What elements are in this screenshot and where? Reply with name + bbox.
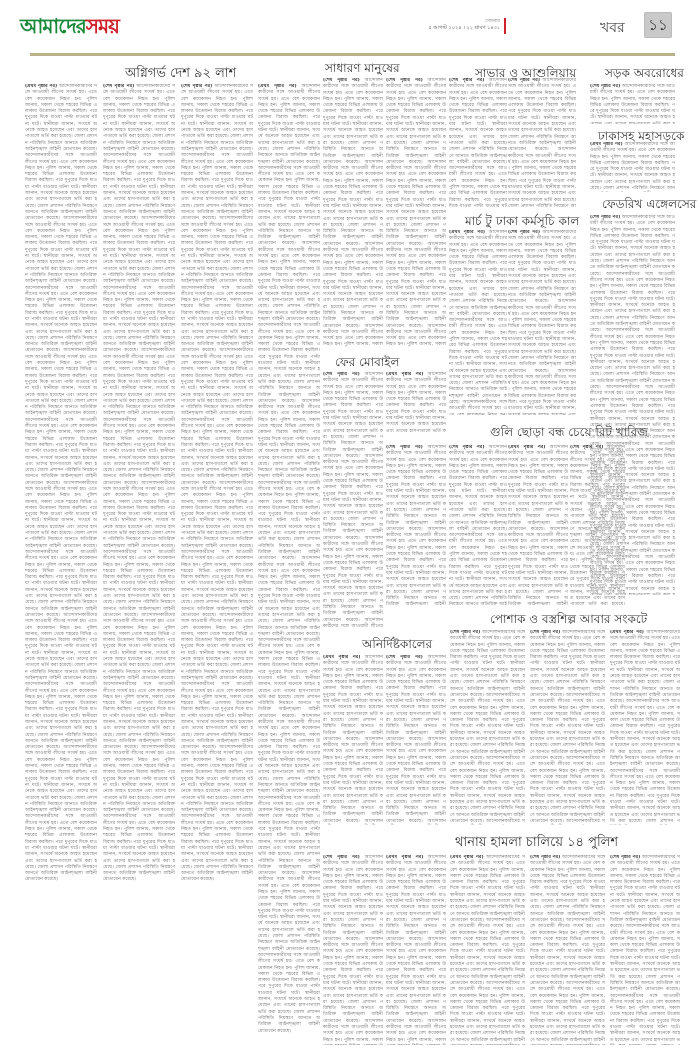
article-column: (শেষ পৃষ্ঠার পর) আন্দোলনকারীদের সঙ্গে আও… [386,78,446,348]
article-column: (প্রথম পৃষ্ঠার পর) আন্দোলনকারীদের সঙ্গে … [258,84,320,1044]
masthead: আমাদেরসময় সোমবার ৫ আগস্ট ২০২৪ । ২১ শ্রা… [0,0,700,46]
headline-1: অগ্নিগর্ভ দেশ ৯২ লাশ [125,64,236,85]
article-column: (শেষ পৃষ্ঠার পর) আন্দোলনকারীদের সঙ্গে আও… [610,855,680,1045]
article-column: (প্রথম পৃষ্ঠার পর) আন্দোলনকারীদের সঙ্গে … [25,84,97,1044]
headline-12: থানায় হামলা চালিয়ে ১৪ পুলিশ [455,833,618,854]
article-column: (প্রথম পৃষ্ঠার পর) আন্দোলনকারীদের সঙ্গে … [449,230,507,415]
article-column: (শেষ পৃষ্ঠার পর) আন্দোলনকারীদের সঙ্গে আও… [530,855,605,1045]
article-column: (প্রথম পৃষ্ঠার পর) আন্দোলনকারীদের সঙ্গে … [610,630,680,825]
article-column: (প্রথম পৃষ্ঠার পর) আন্দোলনকারীদের সঙ্গে … [386,855,446,1045]
newspaper-logo[interactable]: আমাদেরসময় [20,12,119,45]
article-column: (শেষ পৃষ্ঠার পর) আন্দোলনকারীদের সঙ্গে আও… [450,630,525,825]
article-column: (শেষ পৃষ্ঠার পর) আন্দোলনকারীদের সঙ্গে আও… [386,445,446,605]
article-column: (শেষ পৃষ্ঠার পর) আন্দোলনকারীদের সঙ্গে আও… [530,630,605,825]
headline-7: ফেডরিখ এঙ্গেলসের [602,196,696,216]
headline-11: অনির্দিষ্টকালের [362,636,432,656]
weekday: সোমবার [390,18,500,25]
article-column: (শেষ পৃষ্ঠার পর) আন্দোলনকারীদের সঙ্গে আও… [570,445,625,605]
article-column: (শেষ পৃষ্ঠার পর) আন্দোলনকারীদের সঙ্গে আও… [323,855,383,1045]
article-column: (শেষ পৃষ্ঠার পর) আন্দোলনকারীদের সঙ্গে আও… [508,78,576,208]
page-number: ১১ [644,12,672,38]
article-column: (প্রথম পৃষ্ঠার পর) আন্দোলনকারীদের সঙ্গে … [590,142,675,192]
header-rule [30,53,675,56]
article-column: (শেষ পৃষ্ঠার পর) আন্দোলনকারীদের সঙ্গে আও… [323,372,383,627]
article-column: (প্রথম পৃষ্ঠার পর) আন্দোলনকারীদের সঙ্গে … [323,655,383,825]
article-column: (শেষ পৃষ্ঠার পর) আন্দোলনকারীদের সঙ্গে আও… [386,655,446,825]
article-column: (শেষ পৃষ্ঠার পর) আন্দোলনকারীদের সঙ্গে আও… [103,84,175,1044]
article-column: (শেষ পৃষ্ঠার পর) আন্দোলনকারীদের সঙ্গে আও… [508,230,576,415]
article-column: (প্রথম পৃষ্ঠার পর) আন্দোলনকারীদের সঙ্গে … [508,445,568,605]
article-column: (শেষ পৃষ্ঠার পর) আন্দোলনকারীদের সঙ্গে আও… [323,78,383,348]
article-column: (শেষ পৃষ্ঠার পর) আন্দোলনকারীদের সঙ্গে আও… [449,78,507,208]
headline-8: ফের মোবাইল [335,354,399,374]
article-column: (প্রথম পৃষ্ঠার পর) আন্দোলনকারীদের সঙ্গে … [386,372,446,432]
headline-4: সড়ক অবরোধের [605,65,684,85]
date: ৫ আগস্ট ২০২৪ । ২১ শ্রাবণ ১৪৩১ [390,25,500,32]
article-column: (শেষ পৃষ্ঠার পর) আন্দোলনকারীদের সঙ্গে আও… [590,84,675,124]
article-column: (প্রথম পৃষ্ঠার পর) আন্দোলনকারীদের সঙ্গে … [450,855,525,1045]
headline-10: পোশাক ও বস্ত্রশিল্প আবার সংকটে [490,611,647,631]
divider [504,18,506,34]
section-name: খবর [600,16,625,40]
headline-2: সাধারণ মানুষের [325,60,400,80]
article-column: (শেষ পৃষ্ঠার পর) আন্দোলনকারীদের সঙ্গে আও… [449,445,507,605]
date-block: সোমবার ৫ আগস্ট ২০২৪ । ২১ শ্রাবণ ১৪৩১ [390,18,500,32]
article-column: (শেষ পৃষ্ঠার পর) আন্দোলনকারীদের সঙ্গে আও… [181,84,253,1044]
